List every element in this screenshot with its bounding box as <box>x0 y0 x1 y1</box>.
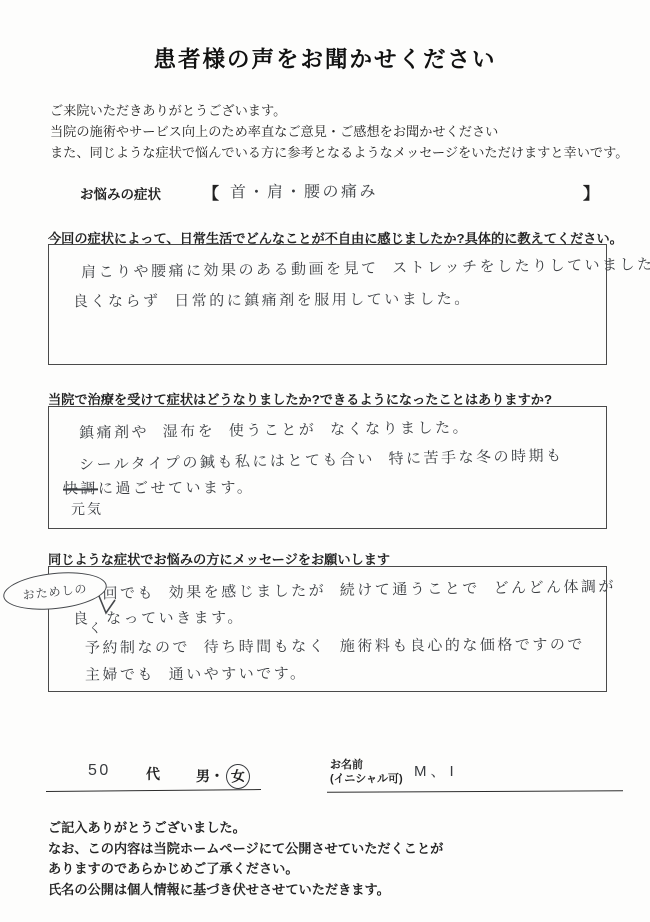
answer-box-1: 肩こりや腰痛に効果のある動画を見て ストレッチをしたりしていましたが 良くならず… <box>48 244 607 365</box>
intro-line: 当院の施術やサービス向上のため率直なご意見・ご感想をお聞かせください <box>50 121 628 142</box>
gender-female-circled: 女 <box>225 763 251 790</box>
name-label-block: お名前 (イニシャル可) <box>330 758 403 786</box>
margin-annotation-text: おためしの <box>22 579 88 603</box>
symptom-value-handwritten: 首・肩・腰の痛み <box>230 178 378 202</box>
gender-male-label: 男 <box>196 768 210 784</box>
gender-separator: ・ <box>210 768 224 784</box>
symptom-bracket-open: 【 <box>203 181 219 204</box>
answer-1-line: 良くならず 日常的に鎮痛剤を服用していました。 <box>73 288 472 312</box>
answer-2-line: 鎮痛剤や 湿布を 使うことが なくなりました。 <box>79 416 470 442</box>
footer-line: ご記入ありがとうございました。 <box>48 818 443 839</box>
answer-box-2: 鎮痛剤や 湿布を 使うことが なくなりました。 シールタイプの鍼も私にはとても合… <box>48 406 607 529</box>
struck-out-word: 快調 <box>63 480 98 497</box>
patient-feedback-form: 患者様の声をお聞かせください ご来院いただきありがとうございます。 当院の施術や… <box>0 0 650 922</box>
correction-text: 元気 <box>71 499 103 519</box>
intro-line: ご来院いただきありがとうございます。 <box>50 100 628 121</box>
answer-2-line-corrected: 快調に過ごせています。 <box>63 476 254 498</box>
age-suffix-label: 代 <box>146 764 160 784</box>
answer-2-line: シールタイプの鍼も私にはとても合い 特に苦手な冬の時期も <box>79 444 564 474</box>
footer-line: 氏名の公開は個人情報に基づき伏せさせていただきます。 <box>48 880 443 901</box>
answer-3-line: 主婦でも 通いやすいです。 <box>85 662 308 685</box>
insertion-caret-icon <box>96 594 118 616</box>
gender-options: 男・女 <box>196 764 250 789</box>
intro-paragraph: ご来院いただきありがとうございます。 当院の施術やサービス向上のため率直なご意見… <box>50 100 628 163</box>
form-title: 患者様の声をお聞かせください <box>0 42 650 74</box>
answer-1-line: 肩こりや腰痛に効果のある動画を見て ストレッチをしたりしていましたが <box>81 253 650 282</box>
age-value-handwritten: 50 <box>88 762 111 780</box>
intro-line: また、同じような症状で悩んでいる方に参考となるようなメッセージをいただけますと幸… <box>50 142 628 163</box>
footer-notes: ご記入ありがとうございました。 なお、この内容は当院ホームページにて公開させてい… <box>48 818 443 900</box>
age-gender-underline <box>46 789 261 792</box>
symptom-bracket-close: 】 <box>583 181 599 204</box>
inserted-character: く <box>89 617 105 636</box>
answer-3-line-part: なっていきます。 <box>106 609 245 627</box>
footer-line: なお、この内容は当院ホームページにて公開させていただくことが <box>48 839 443 860</box>
name-value-handwritten: M、I <box>414 760 458 781</box>
answer-box-3: 一回でも 効果を感じましたが 続けて通うことで どんどん体調が 良くなっていきま… <box>48 566 607 692</box>
answer-3-line: 予約制なので 待ち時間もなく 施術料も良心的な価格ですので <box>85 633 585 657</box>
name-label: お名前 <box>330 758 403 772</box>
name-underline <box>327 790 623 793</box>
name-hint-label: (イニシャル可) <box>330 772 403 786</box>
answer-3-line: 一回でも 効果を感じましたが 続けて通うことで どんどん体調が <box>85 575 616 603</box>
symptom-label: お悩みの症状 <box>80 183 161 203</box>
footer-line: ありますのであらかじめご了承ください。 <box>48 859 443 880</box>
answer-2-line-rest: に過ごせています。 <box>98 479 254 497</box>
